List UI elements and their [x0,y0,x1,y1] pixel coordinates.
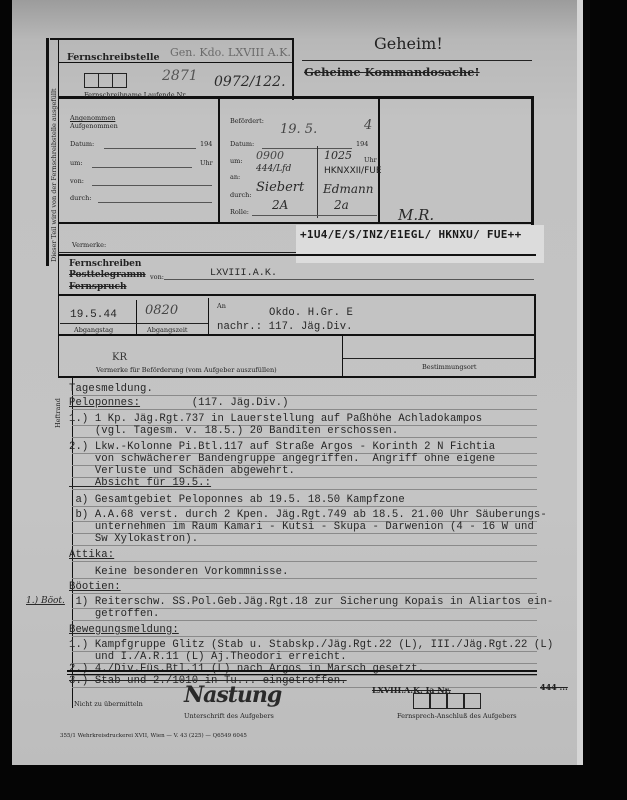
serial-number: 2871 [162,68,198,84]
message-line: 2.) Lkw.-Kolonne Pi.Btl.117 auf Straße A… [69,441,495,453]
margin-label: Heftrand [54,398,62,428]
forwarded-year: 194 [356,140,368,148]
message-line: 1.) Kampfgruppe Glitz (Stab u. Stabskp./… [69,639,553,651]
dispatch-to-label: An [217,302,226,310]
phone-box-3 [447,693,464,709]
col-divider-1 [218,99,220,224]
dispatch-left [58,296,59,376]
serial-handwritten: 0972/122. [214,74,286,90]
received-year: 194 [200,140,212,148]
forwarded-time-unit: Uhr [364,156,377,164]
destination-divider [342,335,343,377]
sender-from-value: LXVIII.A.K. [210,268,277,279]
frame-right-top [292,38,294,100]
message-line: (vgl. Tagesm. v. 18.5.) 20 Banditen ersc… [69,425,398,437]
received-date-line [104,148,196,149]
ruled-line [72,489,537,490]
message-line: Peloponnes: (117. Jäg.Div.) [69,397,289,409]
sender-bottom-rule [58,294,536,296]
phone-box-4 [464,693,481,709]
ruled-line [72,593,537,594]
forwarded-header: Befördert: [230,117,264,125]
message-line: 1) Reiterschw. SS.Pol.Geb.Jäg.Rgt.18 zur… [69,596,553,608]
margin-note: 1.) Böot. [26,596,65,606]
message-line: Keine besonderen Vorkommnisse. [69,566,289,578]
serial-box-2 [98,73,113,88]
received-time-unit: Uhr [200,159,213,167]
phone-box-2 [430,693,447,709]
col-divider-2 [378,99,380,224]
forwarded-to-1: 444/Lfd [256,164,291,174]
message-line: Tagesmeldung. [69,383,153,395]
forwarded-time-1: 0900 [256,149,284,162]
forwarded-role-label: Rolle: [230,208,249,216]
dispatch-right [534,296,536,378]
ruled-line [72,636,537,637]
dispatch-bottom-rule [58,334,536,336]
ruled-line [72,437,537,438]
serial-box-1 [84,73,99,88]
message-line: b) A.A.68 verst. durch 2 Kpen. Jäg.Rgt.7… [69,509,547,521]
forwarded-by-2: Edmann [323,182,373,196]
received-date-label: Datum: [70,140,94,148]
classification-rule [302,60,532,61]
footer-rule [67,670,537,672]
sender-from-label: von: [150,273,164,281]
destination-label: Bestimmungsort [422,363,476,371]
footer-rule-2 [67,674,537,675]
message-line: Bewegungsmeldung: [69,624,179,636]
forwarded-to-label: an: [230,173,240,181]
sender-top-rule [58,254,536,256]
block-bottom-rule [58,222,533,224]
remarks-line [58,252,298,253]
forwarded-to-2: HKNXXII/FUE [324,166,382,176]
printer-line: 355/1 Wehrkreisdruckerei XVII, Wien — V.… [60,733,247,739]
frame-top [50,38,294,40]
message-line: unternehmen im Raum Kamari - Kutsi - Sku… [69,521,534,533]
dispatch-div-2 [208,298,209,335]
forwarded-role-2: 2a [334,198,349,212]
forwarded-role-1: 2A [272,198,288,212]
message-line: Böotien: [69,581,121,593]
forwarded-time-2: 1025 [324,149,352,162]
message-line: Absicht für 19.5.: [69,477,211,489]
received-header-1: Angenommen [70,114,115,122]
dispatch-to-line1: Okdo. H.Gr. E [269,307,353,319]
classification: Geheim! [374,34,443,53]
received-header-2: Aufgenommen [70,122,118,130]
forwarded-year-value: 4 [364,118,372,133]
received-from-label: von: [70,177,84,185]
phone-label: Fernsprech-Anschluß des Aufgebers [397,712,517,720]
dispatch-day-value: 19.5.44 [70,309,117,321]
message-line: von schwächerer Bandengruppe angegriffen… [69,453,495,465]
sender-type-phone: Fernspruch [69,282,127,292]
ruled-line [72,687,537,688]
sender-type-telex: Fernschreiben [69,259,141,269]
received-by-label: durch: [70,194,91,202]
dispatch-time-value: 0820 [145,303,178,318]
side-note: Dieser Teil wird von der Fernschreibstel… [50,88,58,262]
received-time-label: um: [70,159,83,167]
not-transmit-label: Nicht zu übermitteln [74,700,143,708]
frame-left-bar [46,38,49,266]
frame-inner-left [58,40,59,295]
message-line: Sw Xylokastron). [69,533,198,545]
phone-box-1 [413,693,430,709]
message-line: 1.) 1 Kp. Jäg.Rgt.737 in Lauerstellung a… [69,413,482,425]
message-line: a) Gesamtgebiet Peloponnes ab 19.5. 18.5… [69,494,405,506]
forwarded-role-line [252,215,377,216]
priority: KR [112,352,127,363]
signature: Nastung [184,682,281,708]
phone-struck-right: 444 ... [540,682,568,692]
station-stamp: Gen. Kdo. LXVIII A.K. [170,46,291,59]
forwarded-by-1: Siebert [256,180,304,195]
ruled-line [72,506,537,507]
classification-struck: Geheime Kommandosache! [304,65,480,79]
dispatch-time-label: Abgangszeit [147,326,188,334]
remarks-label: Vermerke: [72,241,106,249]
teleprinter-tape-text: +1U4/E/S/INZ/E1EGL/ HKNXU/ FUE++ [300,228,522,241]
forwarded-date-value: 19. 5. [280,122,317,137]
serial-label: Fernschreibname Laufende Nr. [84,91,187,99]
ruled-line [72,578,537,579]
received-time-line [92,167,192,168]
dispatch-div-1 [136,300,137,335]
message-top-rule [58,376,536,378]
received-by-line [98,202,212,203]
forwarded-by-label: durch: [230,191,251,199]
sender-from-line [164,279,534,280]
message-line: getroffen. [69,608,159,620]
forwarded-time-label: um: [230,157,243,165]
received-from-line [92,185,212,186]
sender-type-posttelegram: Posttelegramm [69,270,146,280]
message-line: und I./A.R.11 (L) Aj.Theodori erreicht. [69,651,347,663]
signature-label: Unterschrift des Aufgebers [184,712,274,720]
forwarded-date-label: Datum: [230,140,254,148]
serial-box-3 [112,73,127,88]
ruled-line [72,395,537,396]
ruled-line [72,545,537,546]
dispatch-day-label: Abgangstag [74,326,113,334]
station-label: Fernschreibstelle [67,52,160,63]
telegram-form-paper: Fernschreibstelle Gen. Kdo. LXVIII A.K. … [12,0,583,765]
initials: M.R. [398,206,434,224]
message-line: Verluste und Schäden abgewehrt. [69,465,295,477]
destination-rule [343,358,536,359]
dispatch-to-line2: nachr.: 117. Jäg.Div. [217,321,353,333]
message-line: Attika: [69,549,114,561]
ruled-line [72,409,537,410]
ruled-line [72,561,537,562]
dispatch-label-rule [60,323,208,324]
forwarded-split-line [317,146,318,218]
priority-label: Vermerke für Beförderung (vom Aufgeber a… [96,366,277,374]
ruled-line [72,620,537,621]
